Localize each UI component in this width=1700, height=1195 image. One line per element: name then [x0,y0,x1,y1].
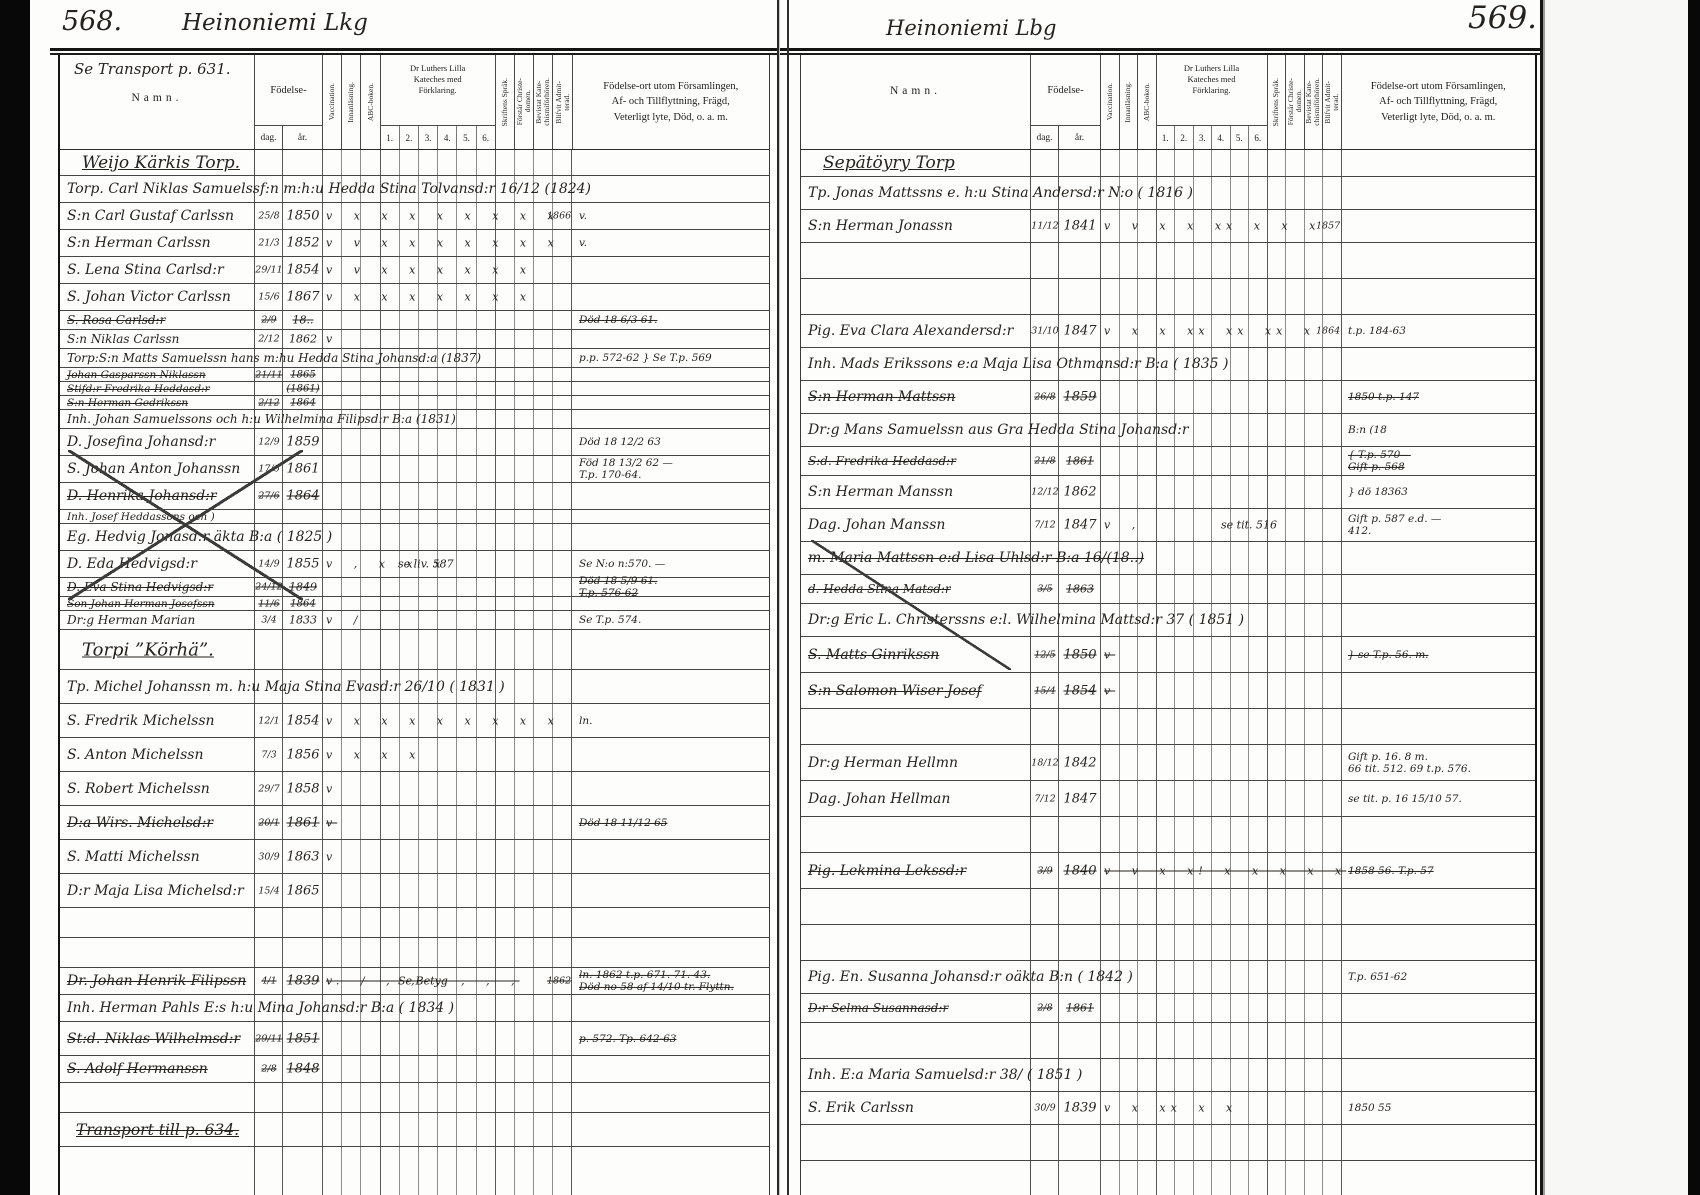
table-row: S:n Herman Gedrikssn 2/12 1864 [60,396,769,410]
col-admitted: Blifvit Admit- terad. [1323,55,1342,149]
notes-title-2: Af- och Tillflyttning, Frägd, [612,94,730,109]
col-catechism-group: Dr Luthers Lilla Kateches med Förklaring… [1157,55,1268,149]
entry-birth-day: 12/9 [255,437,283,448]
entry-note: t.p. 184-63 [1348,325,1531,337]
col-scripture-label: Skriftens Språk. [501,78,509,126]
entry-name: Torp. Carl Niklas Samuelssf:n m:h:u Hedd… [67,181,591,197]
entry-marks: v [326,333,337,346]
table-row: Dr:g Herman Marian 3/4 1833 v / Se T.p. … [60,611,769,630]
entry-birth-day: 12/5 [1031,649,1059,660]
page-right: Namn. Födelse- dag. år. Vaccination. Inn… [800,55,1537,1195]
catechism-title-3: Förklaring. [1157,85,1267,96]
rows-left: Weijo Kärkis Torp. Torp. Carl Niklas Sam… [60,150,769,1195]
entry-name: d. Hedda Stina Matsd:r [808,582,951,596]
entry-note: Gift p. 587 e.d. — 412. [1348,513,1531,537]
table-row: Son Johan Herman Josefssn 11/6 1864 [60,597,769,611]
col-understands-label: Förstår Christe- domen. [1287,78,1303,125]
table-row [60,908,769,938]
catechism-title-2: Kateches med [1157,74,1267,85]
entry-birth-year: 1859 [283,435,323,450]
entry-marks: v [326,782,337,795]
entry-note: Död 18 5/9 61. T.p. 576-62 [579,575,765,599]
entry-name: Dr:g Mans Samuelssn aus Gra Hedda Stina … [808,422,1189,438]
entry-note: 1850 55 [1348,1102,1531,1114]
catechism-col-5: 5. [457,126,476,149]
catechism-col-1: 1. [381,126,400,149]
table-row: D. Eda Hedvigsd:r 14/9 1855 v , x x x se… [60,551,769,578]
entry-name: Johan Gasparssn Niklassn [67,369,206,381]
entry-name: Tp. Jonas Mattssns e. h:u Stina Andersd:… [808,185,1193,201]
table-row: Dag. Johan Manssn 7/12 1847 v , se tit. … [801,509,1535,542]
entry-name: Tp. Michel Johanssn m. h:u Maja Stina Ev… [67,679,505,695]
entry-name: Dr. Johan Henrik Filipssn [67,973,246,989]
table-header-left: Se Transport p. 631. Namn. Födelse- dag.… [60,55,769,150]
entry-marks: v , [1104,519,1140,532]
catechism-title-1: Dr Luthers Lilla [381,63,495,74]
col-scripture: Skriftens Språk. [496,55,515,149]
entry-note: } se T.p. 56. m. [1348,648,1531,660]
entry-birth-year: 1854 [283,713,323,728]
name-column-header: Namn. [801,55,1031,149]
table-row: d. Hedda Stina Matsd:r 3/5 1863 [801,575,1535,604]
catechism-col-1: 1. [1157,126,1176,149]
col-abc-book-label: ABC-boken. [1143,83,1151,121]
table-row: Inh. E:a Maria Samuelsd:r 38/ ( 1851 ) [801,1059,1535,1092]
entry-birth-year: 1848 [283,1062,323,1077]
entry-name: St:d. Niklas Wilhelmsd:r [67,1031,240,1047]
entry-birth-day: 11/12 [1031,221,1059,232]
entry-mid-note: se liv. 587 [398,558,454,571]
entry-name: Dr:g Herman Hellmn [808,755,958,771]
entry-birth-year: 1839 [283,974,323,989]
entry-name: Dag. Johan Manssn [808,517,945,533]
entry-birth-day: 30/9 [255,851,283,862]
entry-name: S. Matti Michelssn [67,849,200,865]
catechism-col-2: 2. [1175,126,1194,149]
entry-mid-note: se tit. 516 [1221,519,1277,532]
notes-title-3: Veterligt lyte, Död, o. a. m. [1381,110,1495,125]
catechism-col-6: 6. [477,126,495,149]
transport-note: Se Transport p. 631. [60,55,254,78]
entry-birth-year: 1847 [1059,791,1101,806]
entry-note: ln. 1862 t.p. 671. 71. 43. Död no 58 af … [579,969,765,993]
entry-name: S:n Herman Jonassn [808,218,953,234]
entry-birth-year: 1851 [283,1031,323,1046]
entry-name: S:n Herman Manssn [808,484,953,500]
entry-birth-day: 30/9 [1031,1103,1059,1114]
table-row: S:d. Fredrika Heddasd:r 21/8 1861 { T.p.… [801,447,1535,476]
name-column-header: Se Transport p. 631. Namn. [60,55,255,149]
entry-birth-year: 1839 [1059,1101,1101,1116]
catechism-title-2: Kateches med [381,74,495,85]
entry-birth-year: 1850 [1059,647,1101,662]
col-admitted-label: Blifvit Admit- terad. [555,81,571,124]
table-row: Torp. Carl Niklas Samuelssf:n m:h:u Hedd… [60,176,769,203]
catechism-col-4: 4. [438,126,457,149]
table-body-right: Sepätöyry Torp Tp. Jonas Mattssns e. h:u… [801,150,1535,1195]
entry-note: Död 18 11/12 65 [579,816,765,828]
entry-birth-day: 25/8 [255,211,283,222]
table-row: Inh. Josef Heddassons och ) [60,510,769,524]
entry-name: D. Eda Hedvigsd:r [67,556,197,572]
entry-name: Dr:g Herman Marian [67,613,195,627]
entry-name: S. Matts Ginrikssn [808,647,939,663]
catechism-col-6: 6. [1249,126,1267,149]
entry-name: S:n Niklas Carlssn [67,332,179,346]
table-row [60,938,769,968]
entry-note: Se T.p. 574. [579,614,765,626]
entry-note: B:n (18 [1348,424,1531,436]
col-name-label: Namn. [60,92,254,104]
col-scripture: Skriftens Språk. [1268,55,1287,149]
col-attended: Bevistat Kate- chismiförhören. [1305,55,1324,149]
entry-name: Dr:g Eric L. Christerssns e:l. Wilhelmin… [808,612,1244,628]
table-row: S:n Carl Gustaf Carlssn 25/8 1850 v x x … [60,203,769,230]
entry-birth-day: 24/12 [255,582,283,593]
notes-column-header: Födelse-ort utom Församlingen, Af- och T… [573,55,770,149]
entry-birth-day: 2/12 [255,334,283,345]
col-understands-label: Förstår Christe- domen. [516,78,532,125]
notes-title-1: Födelse-ort utom Församlingen, [603,79,738,94]
notes-column-header: Födelse-ort utom Församlingen, Af- och T… [1342,55,1536,149]
entry-birth-day: 21/8 [1031,456,1059,467]
col-birth-day-label: dag. [1031,126,1059,149]
col-reading: Innanläsning. [1120,55,1139,149]
col-scripture-label: Skriftens Språk. [1272,78,1280,126]
entry-note: { T.p. 570— Gift p. 568 [1348,449,1531,473]
table-row: D. Josefina Johansd:r 12/9 1859 Död 18 1… [60,429,769,456]
entry-marks: v v x x x x x x [326,264,531,277]
entry-birth-day: 20/1 [255,817,283,828]
table-row: Dr:g Eric L. Christerssns e:l. Wilhelmin… [801,604,1535,637]
table-row: S:n Herman Carlssn 21/3 1852 v v x x x x… [60,230,769,257]
col-vaccination: Vaccination. [1101,55,1120,149]
entry-note: v. [579,210,765,222]
entry-name: S. Erik Carlssn [808,1100,914,1116]
col-attended: Bevistat Kate- chismiförhören. [534,55,553,149]
entry-birth-year: 1847 [1059,518,1101,533]
entry-birth-year: 1858 [283,781,323,796]
col-reading-label: Innanläsning. [347,82,355,123]
entry-name: Eg. Hedvig Jonasd:r äkta B:a ( 1825 ) [67,529,332,545]
entry-note: T.p. 651-62 [1348,971,1531,983]
entry-birth-year: 1865 [283,883,323,898]
entry-birth-day: 3/4 [255,615,283,626]
col-reading-label: Innanläsning. [1124,82,1132,123]
table-row: Pig. Eva Clara Alexandersd:r 31/10 1847 … [801,315,1535,348]
entry-marks: v x xx x x [1104,1102,1237,1115]
entry-name: S. Lena Stina Carlsd:r [67,262,224,278]
entry-name: Torpi ”Körhä”. [82,639,214,660]
entry-birth-year: 1863 [1059,583,1101,596]
rows-right: Sepätöyry Torp Tp. Jonas Mattssns e. h:u… [801,150,1535,1195]
table-row: St:d. Niklas Wilhelmsd:r 29/11 1851 p. 5… [60,1022,769,1056]
table-row: Torpi ”Körhä”. [60,630,769,670]
entry-note: Föd 18 13/2 62 — T.p. 170-64. [579,457,765,481]
table-row: D. Eva Stina Hedvigsd:r 24/12 1849 Död 1… [60,578,769,597]
entry-birth-year: 1856 [283,747,323,762]
entry-birth-year: 1852 [283,236,323,251]
table-row: D:r Selma Susannasd:r 2/8 1861 [801,994,1535,1023]
entry-name: Inh. Johan Samuelssons och h:u Wilhelmin… [67,412,456,426]
table-row: Dr. Johan Henrik Filipssn 4/1 1839 v. / … [60,968,769,995]
catechism-title-1: Dr Luthers Lilla [1157,63,1267,74]
entry-birth-year: 18.. [283,314,323,327]
table-row: D:r Maja Lisa Michelsd:r 15/4 1865 [60,874,769,908]
entry-name: Dag. Johan Hellman [808,791,950,807]
entry-name: D. Henrika Johansd:r [67,488,217,504]
entry-name: Inh. Mads Erikssons e:a Maja Lisa Othman… [808,356,1228,372]
table-row: D:a Wirs. Michelsd:r 20/1 1861 v Död 18 … [60,806,769,840]
table-row: S:n Niklas Carlssn 2/12 1862 v [60,330,769,349]
entry-birth-year: 1861 [1059,455,1101,468]
entry-birth-year: 1847 [1059,324,1101,339]
catechism-col-3: 3. [419,126,438,149]
entry-note: p. 572. Tp. 642-63 [579,1032,765,1044]
paper-spread: 568. 569. Heinoniemi Lkg Heinoniemi Lbg … [30,0,1540,1195]
entry-name: Sepätöyry Torp [823,153,955,173]
entry-name: Pig. Lekmina Lekssd:r [808,863,966,879]
entry-birth-year: 1864 [283,489,323,504]
entry-marks: v x x xx xx xx x [1104,325,1315,338]
page-number-right: 569. [1468,0,1537,36]
entry-birth-day: 15/4 [255,885,283,896]
entry-birth-day: 2/8 [1031,1003,1059,1014]
entry-marks: v x x x x x x x x [326,714,559,727]
entry-note: p.p. 572-62 } Se T.p. 569 [579,352,765,364]
table-row: Tp. Jonas Mattssns e. h:u Stina Andersd:… [801,177,1535,210]
scan-left-edge [0,0,30,1195]
col-birth-day-label: dag. [255,126,283,149]
entry-birth-year: (1861) [283,383,323,394]
entry-birth-day: 4/1 [255,976,283,987]
entry-birth-day: 12/12 [1031,487,1059,498]
col-vaccination: Vaccination. [323,55,342,149]
entry-birth-year: 1864 [283,598,323,609]
entry-name: S. Adolf Hermanssn [67,1061,208,1077]
entry-name: m. Maria Mattssn e:d Lisa Uhlsd:r B:a 16… [808,550,1144,566]
entry-name: Inh. E:a Maria Samuelsd:r 38/ ( 1851 ) [808,1067,1082,1083]
entry-birth-year: 1855 [283,557,323,572]
notes-title-3: Veterligt lyte, Död, o. a. m. [614,110,728,125]
entry-birth-year: 1863 [283,849,323,864]
entry-birth-day: 15/4 [1031,685,1059,696]
entry-birth-day: 27/6 [255,491,283,502]
birth-column-header: Födelse- dag. år. [1031,55,1101,149]
entry-birth-day: 21/3 [255,238,283,249]
table-row: Sepätöyry Torp [801,150,1535,177]
catechism-col-4: 4. [1212,126,1231,149]
entry-note: Död 18 12/2 63 [579,436,765,448]
entry-name: S. Fredrik Michelssn [67,713,215,729]
col-attended-label: Bevistat Kate- chismiförhören. [535,78,551,126]
table-row: S. Lena Stina Carlsd:r 29/11 1854 v v x … [60,257,769,284]
col-abc-book-label: ABC-boken. [367,83,375,121]
entry-name: S. Anton Michelssn [67,747,203,763]
entry-birth-year: 1865 [283,369,323,380]
table-row: D. Henrika Johansd:r 27/6 1864 [60,483,769,510]
table-row: Tp. Michel Johanssn m. h:u Maja Stina Ev… [60,670,769,704]
table-row: Dr:g Mans Samuelssn aus Gra Hedda Stina … [801,414,1535,447]
entry-name: S:n Carl Gustaf Carlssn [67,208,234,224]
col-vaccination-label: Vaccination. [328,83,336,120]
entry-name: Inh. Josef Heddassons och ) [67,511,215,523]
col-birth-label: Födelse- [1031,55,1100,125]
entry-birth-year: 1859 [1059,390,1101,405]
col-abc-book: ABC-boken. [1138,55,1157,149]
table-row: Dag. Johan Hellman 7/12 1847 se tit. p. … [801,781,1535,817]
entry-birth-year: 1850 [283,209,323,224]
col-name-label: Namn. [801,85,1030,97]
table-header-right: Namn. Födelse- dag. år. Vaccination. Inn… [801,55,1535,150]
birth-column-header: Födelse- dag. år. [255,55,323,149]
entry-name: D:r Maja Lisa Michelsd:r [67,883,244,899]
entry-marks: v x x x x x x x [326,291,531,304]
table-row [801,1125,1535,1161]
entry-birth-year: 1849 [283,581,323,594]
entry-marks: v [326,816,337,829]
table-row: S:n Herman Mattssn 26/8 1859 1850 t.p. 1… [801,381,1535,414]
entry-name: S. Johan Anton Johanssn [67,461,240,477]
entry-admitted-year: 1857 [1316,221,1340,232]
table-row: Johan Gasparssn Niklassn 21/11 1865 [60,368,769,382]
entry-birth-year: 1861 [283,815,323,830]
entry-name: Stifd:r Fredrika Heddasd:r [67,383,210,395]
table-row: Pig. En. Susanna Johansd:r oäkta B:n ( 1… [801,961,1535,994]
table-row: Stifd:r Fredrika Heddasd:r (1861) [60,382,769,396]
col-abc-book: ABC-boken. [361,55,380,149]
entry-birth-day: 29/11 [255,265,283,276]
entry-marks: v [1104,684,1115,697]
table-row [801,1023,1535,1059]
entry-birth-day: 2/8 [255,1064,283,1075]
catechism-col-5: 5. [1231,126,1250,149]
table-row: Eg. Hedvig Jonasd:r äkta B:a ( 1825 ) [60,524,769,551]
page-number-left: 568. [62,6,122,37]
entry-note: } dö 18363 [1348,486,1531,498]
entry-marks: v v x x xx x x x [1104,220,1320,233]
entry-name: D:a Wirs. Michelsd:r [67,815,213,831]
table-row: S:n Herman Manssn 12/12 1862 } dö 18363 [801,476,1535,509]
entry-marks: v [326,850,337,863]
catechism-col-2: 2. [400,126,419,149]
entry-birth-day: 29/11 [255,1033,283,1044]
entry-name: S:n Salomon Wiser Josef [808,683,982,699]
entry-birth-year: 1854 [283,263,323,278]
entry-birth-year: 1862 [1059,485,1101,500]
entry-name: D. Eva Stina Hedvigsd:r [67,580,213,594]
entry-marks: v x x x [326,748,420,761]
notes-title-2: Af- och Tillflyttning, Frägd, [1379,94,1497,109]
table-row: Weijo Kärkis Torp. [60,150,769,176]
table-row [60,1083,769,1113]
table-row: S. Matti Michelssn 30/9 1863 v [60,840,769,874]
entry-marks: v v x x! x x x x x [1104,864,1346,877]
col-birth-label: Födelse- [255,55,322,125]
scan-right-edge [1688,0,1700,1195]
col-catechism-group: Dr Luthers Lilla Kateches med Förklaring… [381,55,496,149]
col-birth-year-label: år. [1059,126,1100,149]
entry-birth-year: 1840 [1059,863,1101,878]
entry-birth-year: 1864 [283,397,323,408]
entry-note: Död 18 6/3 61. [579,314,765,326]
entry-name: S. Robert Michelssn [67,781,210,797]
entry-note: 1858 56. T.p. 57 [1348,864,1531,876]
entry-name: D:r Selma Susannasd:r [808,1001,948,1015]
entry-note: se tit. p. 16 15/10 57. [1348,792,1531,804]
entry-name: Pig. En. Susanna Johansd:r oäkta B:n ( 1… [808,969,1133,985]
table-row: Inh. Mads Erikssons e:a Maja Lisa Othman… [801,348,1535,381]
entry-name: S. Rosa Carlsd:r [67,313,165,327]
parish-title-left: Heinoniemi Lkg [182,10,368,36]
table-body-left: Weijo Kärkis Torp. Torp. Carl Niklas Sam… [60,150,769,1195]
entry-note: ln. [579,714,765,726]
entry-birth-day: 11/6 [255,598,283,609]
col-admitted: Blifvit Admit- terad. [553,55,572,149]
parish-title-right: Heinoniemi Lbg [886,16,1056,40]
table-row: S. Rosa Carlsd:r 2/9 18.. Död 18 6/3 61. [60,311,769,330]
col-vaccination-label: Vaccination. [1106,83,1114,120]
entry-admitted-year: 1862 [547,976,571,987]
table-row: S. Johan Anton Johanssn 17/6 1861 Föd 18… [60,456,769,483]
entry-birth-day: 7/12 [1031,793,1059,804]
entry-birth-year: 1854 [1059,683,1101,698]
table-row: S. Fredrik Michelssn 12/1 1854 v x x x x… [60,704,769,738]
entry-birth-day: 29/7 [255,783,283,794]
entry-birth-day: 18/12 [1031,757,1059,768]
entry-marks: v v x x x x x x x [326,237,559,250]
entry-birth-year: 1861 [283,462,323,477]
entry-name: D. Josefina Johansd:r [67,434,215,450]
table-row: Pig. Lekmina Lekssd:r 3/9 1840 v v x x! … [801,853,1535,889]
table-row: Torp:S:n Matts Samuelssn hans m:hu Hedda… [60,349,769,368]
entry-birth-day: 21/11 [255,369,283,380]
table-row [801,279,1535,315]
entry-birth-day: 14/9 [255,559,283,570]
table-row [801,709,1535,745]
table-row: S. Johan Victor Carlssn 15/6 1867 v x x … [60,284,769,311]
entry-birth-day: 26/8 [1031,392,1059,403]
entry-marks: v / [326,614,362,627]
entry-name: Pig. Eva Clara Alexandersd:r [808,323,1013,339]
entry-birth-year: 1861 [1059,1002,1101,1015]
table-row: Inh. Johan Samuelssons och h:u Wilhelmin… [60,410,769,429]
table-row: Inh. Herman Pahls E:s h:u Mina Johansd:r… [60,995,769,1022]
table-row [801,889,1535,925]
catechism-title-3: Förklaring. [381,85,495,96]
entry-admitted-year: 1866 [547,211,571,222]
entry-birth-day: 7/3 [255,749,283,760]
col-attended-label: Bevistat Kate- chismiförhören. [1305,78,1321,126]
table-row: m. Maria Mattssn e:d Lisa Uhlsd:r B:a 16… [801,542,1535,575]
entry-note: 1850 t.p. 147 [1348,391,1531,403]
table-row: S. Anton Michelssn 7/3 1856 v x x x [60,738,769,772]
entry-birth-day: 7/12 [1031,520,1059,531]
entry-birth-day: 2/12 [255,397,283,408]
table-row: S. Robert Michelssn 29/7 1858 v [60,772,769,806]
entry-name: Transport till p. 634. [76,1121,239,1139]
entry-name: S:n Herman Gedrikssn [67,397,188,409]
entry-name: S:n Herman Carlssn [67,235,211,251]
col-understands: Förstår Christe- domen. [1286,55,1305,149]
entry-name: Torp:S:n Matts Samuelssn hans m:hu Hedda… [67,351,481,365]
table-row: S. Matts Ginrikssn 12/5 1850 v } se T.p.… [801,637,1535,673]
table-row [801,925,1535,961]
table-row [801,243,1535,279]
table-row: S:n Herman Jonassn 11/12 1841 v v x x xx… [801,210,1535,243]
entry-name: S. Johan Victor Carlssn [67,289,231,305]
entry-note: Se N:o n:570. — [579,558,765,570]
